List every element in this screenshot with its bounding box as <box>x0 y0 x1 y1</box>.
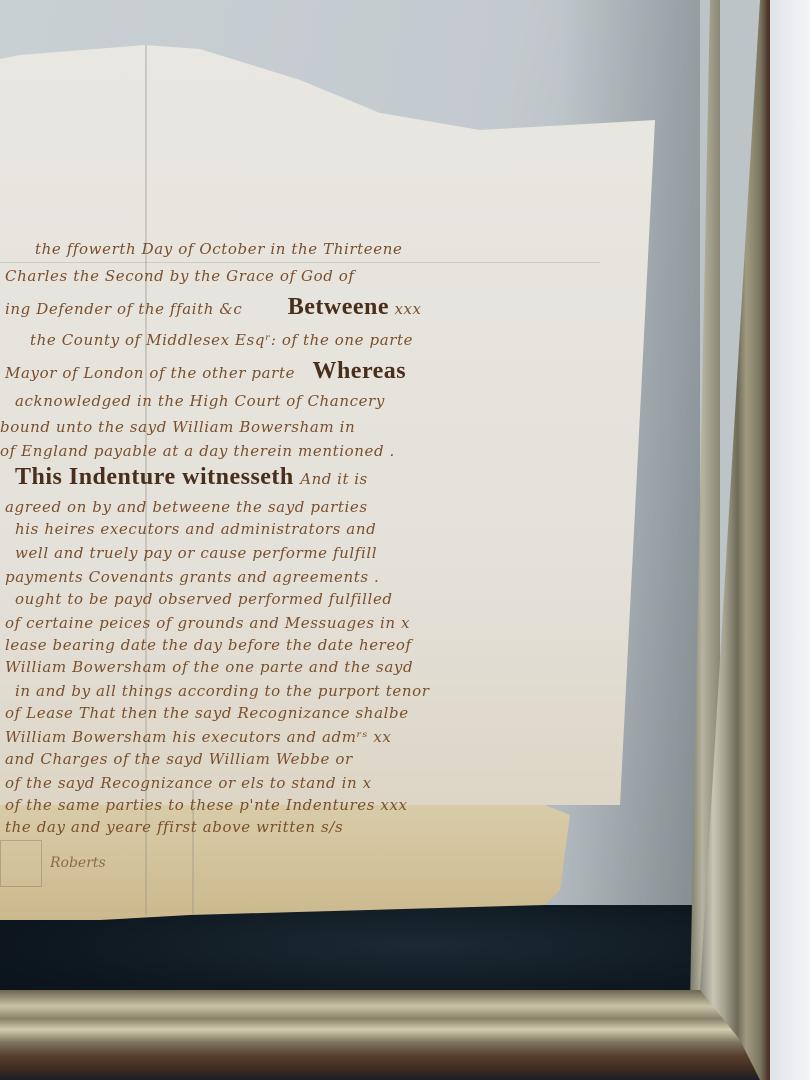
manuscript-line: of certaine peices of grounds and Messua… <box>5 614 410 632</box>
manuscript-line: of Lease That then the sayd Recognizance… <box>5 704 409 722</box>
manuscript-line: the ffowerth Day of October in the Thirt… <box>35 240 402 258</box>
manuscript-line: the County of Middlesex Esqʳ: of the one… <box>30 331 413 349</box>
manuscript-line: his heires executors and administrators … <box>15 520 376 538</box>
seal-outline <box>0 840 42 887</box>
manuscript-line: in and by all things according to the pu… <box>15 682 430 700</box>
picture-frame-bottom <box>0 990 760 1080</box>
manuscript-line: Mayor of London of the other parte Where… <box>5 358 406 385</box>
heading-betweene: Betweene <box>288 294 389 320</box>
manuscript-line: ought to be payd observed performed fulf… <box>15 590 393 608</box>
manuscript-line: Charles the Second by the Grace of God o… <box>5 267 355 285</box>
manuscript-line: of the sayd Recognizance or els to stand… <box>5 774 372 792</box>
manuscript-line: well and truely pay or cause performe fu… <box>15 544 377 562</box>
white-wall <box>770 0 810 1080</box>
manuscript-line: acknowledged in the High Court of Chance… <box>15 392 385 410</box>
heading-whereas: Whereas <box>312 358 406 384</box>
signature-fragment: Roberts <box>50 855 106 871</box>
manuscript-line: William Bowersham of the one parte and t… <box>5 658 413 676</box>
manuscript-line: lease bearing date the day before the da… <box>5 636 412 654</box>
manuscript-line: bound unto the sayd William Bowersham in <box>0 418 355 436</box>
manuscript-line: of England payable at a day therein ment… <box>0 442 395 460</box>
manuscript-line: of the same parties to these p'nte Inden… <box>5 796 408 814</box>
heading-indenture: This Indenture witnesseth And it is <box>15 464 368 491</box>
manuscript-line: and Charges of the sayd William Webbe or <box>5 750 353 768</box>
manuscript-line: agreed on by and betweene the sayd parti… <box>5 498 368 516</box>
manuscript-line: the day and yeare ffirst above written s… <box>5 818 343 836</box>
manuscript-line: William Bowersham his executors and admʳ… <box>5 728 392 746</box>
manuscript-line: ing Defender of the ffaith &c Betweene x… <box>5 294 422 321</box>
manuscript-line: payments Covenants grants and agreements… <box>5 568 379 586</box>
